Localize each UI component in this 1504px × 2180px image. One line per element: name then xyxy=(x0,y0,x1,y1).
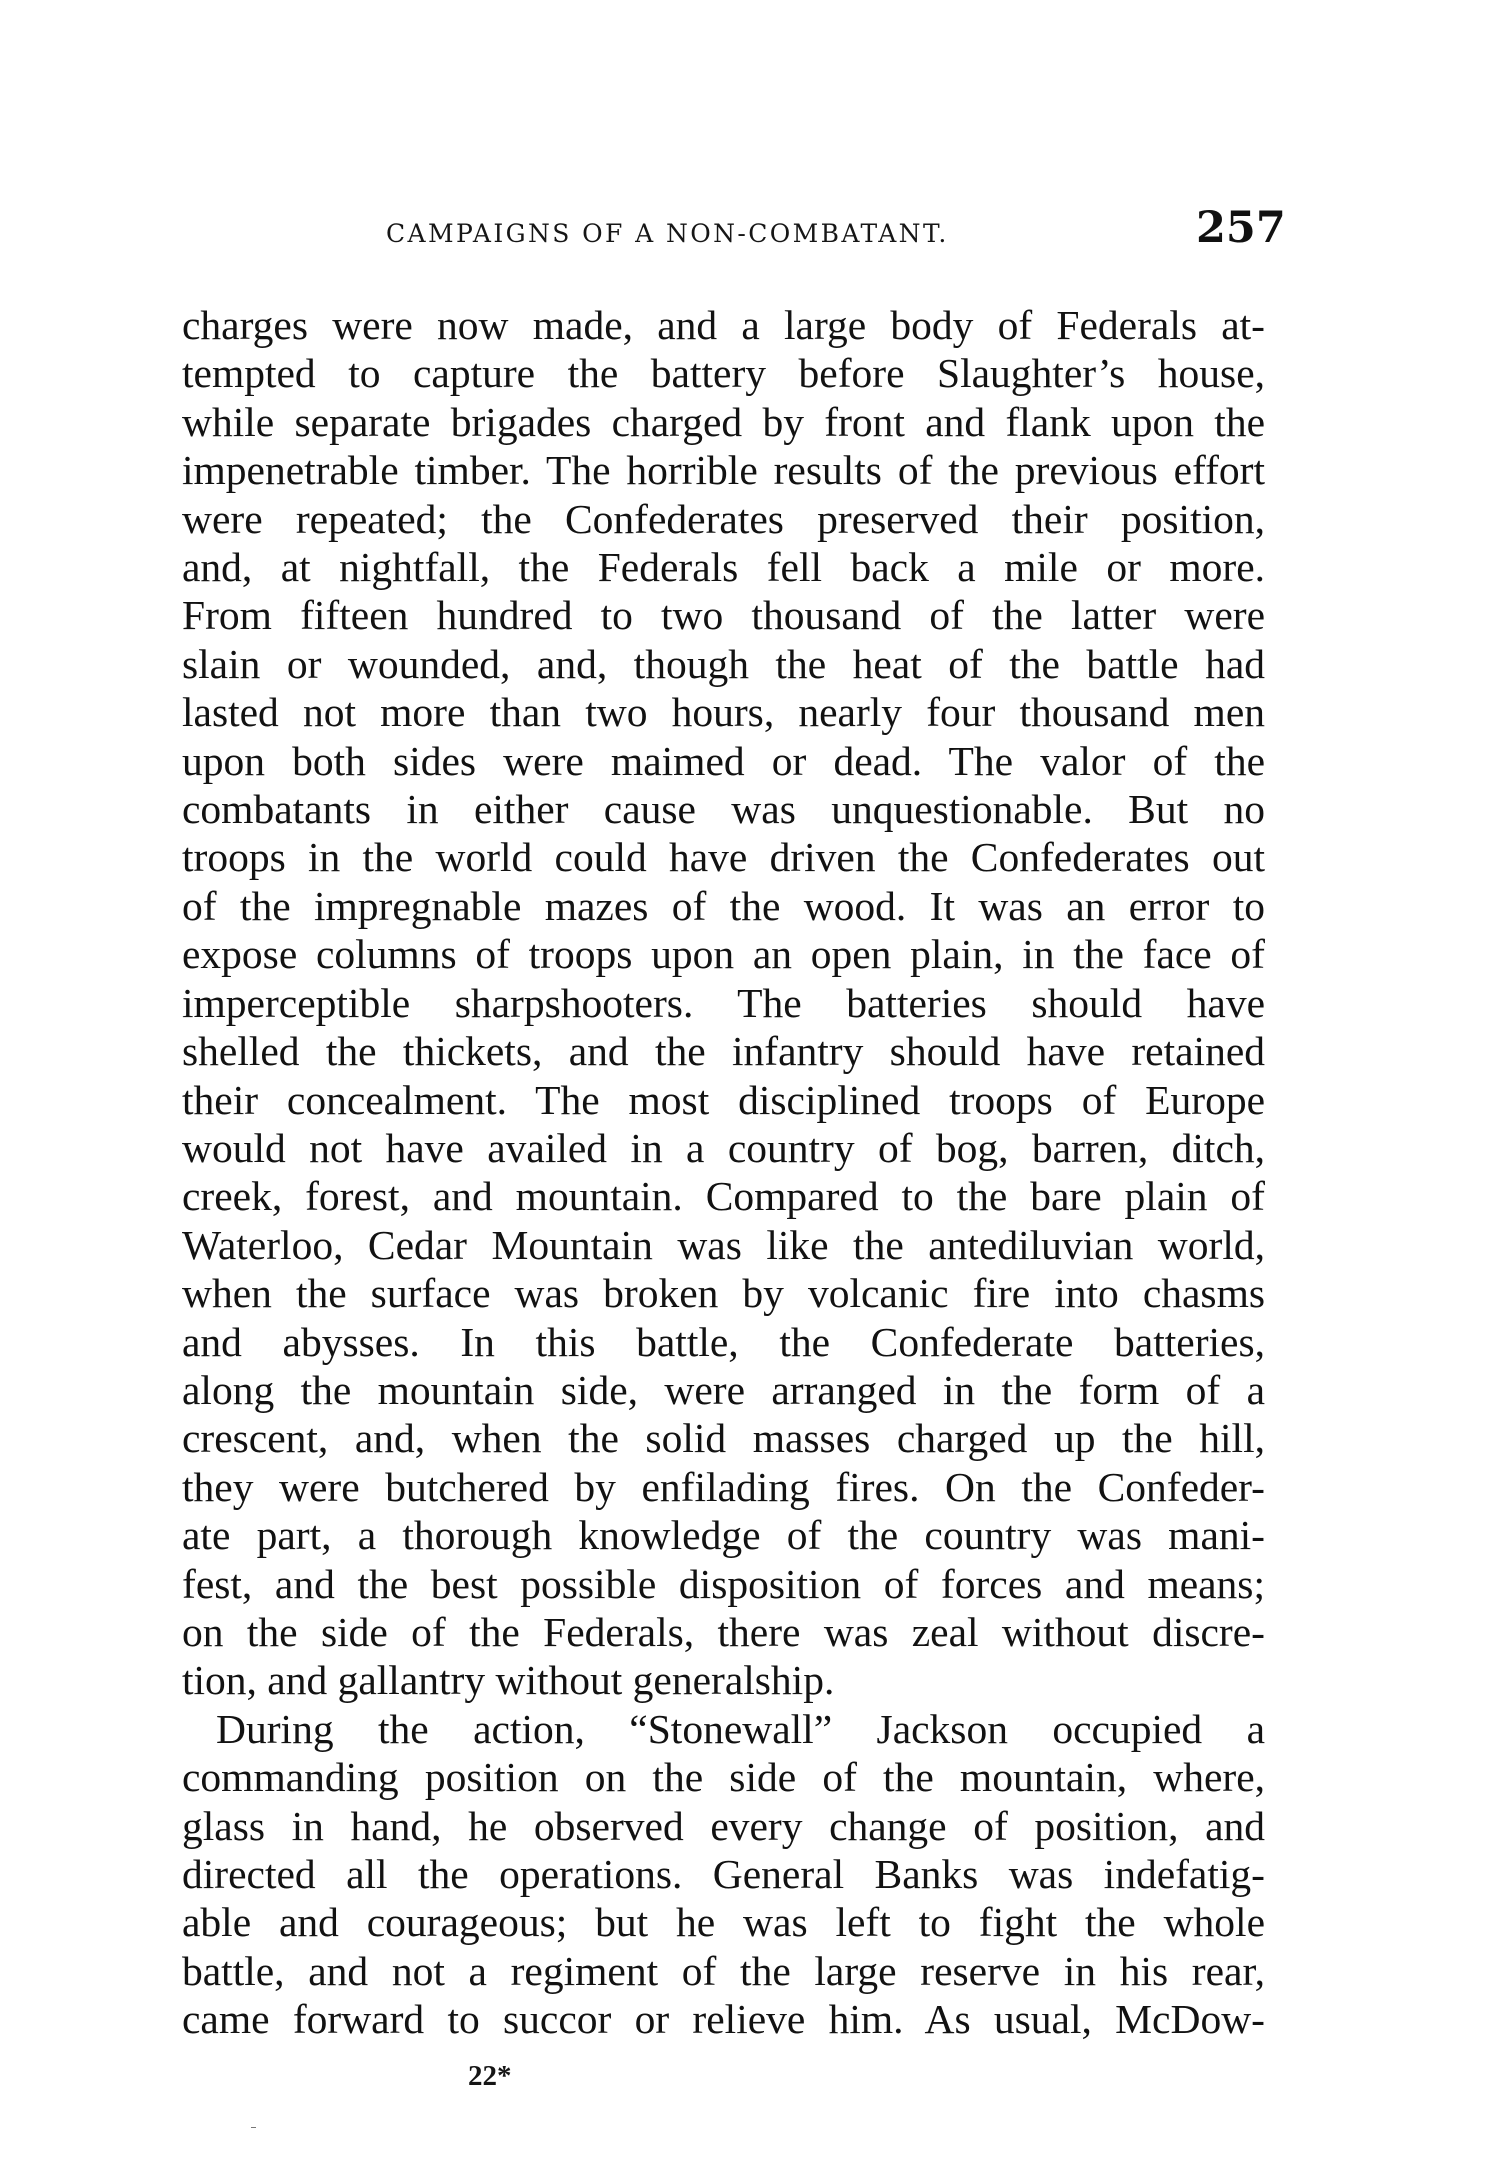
text-line: ate part, a thorough knowledge of the co… xyxy=(182,1511,1265,1559)
text-line: Waterloo, Cedar Mountain was like the an… xyxy=(182,1221,1265,1269)
text-line: imperceptible sharpshooters. The batteri… xyxy=(182,979,1265,1027)
text-line: upon both sides were maimed or dead. The… xyxy=(182,737,1265,785)
book-page: CAMPAIGNS OF A NON-COMBATANT. 257 charge… xyxy=(0,0,1504,2180)
text-line: of the impregnable mazes of the wood. It… xyxy=(182,882,1265,930)
text-line: and, at nightfall, the Federals fell bac… xyxy=(182,543,1265,591)
text-line: lasted not more than two hours, nearly f… xyxy=(182,688,1265,736)
text-line: glass in hand, he observed every change … xyxy=(182,1802,1265,1850)
text-line: came forward to succor or relieve him. A… xyxy=(182,1995,1265,2043)
text-line: slain or wounded, and, though the heat o… xyxy=(182,640,1265,688)
paragraph-first-line: During the action, “Stonewall” Jackson o… xyxy=(182,1705,1265,1753)
text-line: impenetrable timber. The horrible result… xyxy=(182,446,1265,494)
text-line: combatants in either cause was unquestio… xyxy=(182,785,1265,833)
running-title: CAMPAIGNS OF A NON-COMBATANT. xyxy=(386,214,1286,254)
text-line: when the surface was broken by volcanic … xyxy=(182,1269,1265,1317)
text-line: on the side of the Federals, there was z… xyxy=(182,1608,1265,1656)
signature-mark: 22* xyxy=(468,2058,548,2094)
body-text: charges were now made, and a large body … xyxy=(182,301,1265,2044)
text-line: From fifteen hundred to two thousand of … xyxy=(182,591,1265,639)
text-line: fest, and the best possible disposition … xyxy=(182,1560,1265,1608)
text-line: while separate brigades charged by front… xyxy=(182,398,1265,446)
text-line: tion, and gallantry without generalship. xyxy=(182,1656,1265,1704)
text-line: would not have availed in a country of b… xyxy=(182,1124,1265,1172)
page-number: 257 xyxy=(1196,203,1268,253)
text-line: able and courageous; but he was left to … xyxy=(182,1898,1265,1946)
text-line: tempted to capture the battery before Sl… xyxy=(182,349,1265,397)
text-line: charges were now made, and a large body … xyxy=(182,301,1265,349)
text-line: and abysses. In this battle, the Confede… xyxy=(182,1318,1265,1366)
text-line: directed all the operations. General Ban… xyxy=(182,1850,1265,1898)
text-line: troops in the world could have driven th… xyxy=(182,833,1265,881)
text-line: expose columns of troops upon an open pl… xyxy=(182,930,1265,978)
text-line: commanding position on the side of the m… xyxy=(182,1753,1265,1801)
text-line: their concealment. The most disciplined … xyxy=(182,1076,1265,1124)
text-line: they were butchered by enfilading fires.… xyxy=(182,1463,1265,1511)
text-line: along the mountain side, were arranged i… xyxy=(182,1366,1265,1414)
text-line: battle, and not a regiment of the large … xyxy=(182,1947,1265,1995)
text-line: shelled the thickets, and the infantry s… xyxy=(182,1027,1265,1075)
text-line: creek, forest, and mountain. Compared to… xyxy=(182,1172,1265,1220)
scan-speck xyxy=(251,2127,256,2128)
text-line: crescent, and, when the solid masses cha… xyxy=(182,1414,1265,1462)
text-line: were repeated; the Confederates preserve… xyxy=(182,495,1265,543)
